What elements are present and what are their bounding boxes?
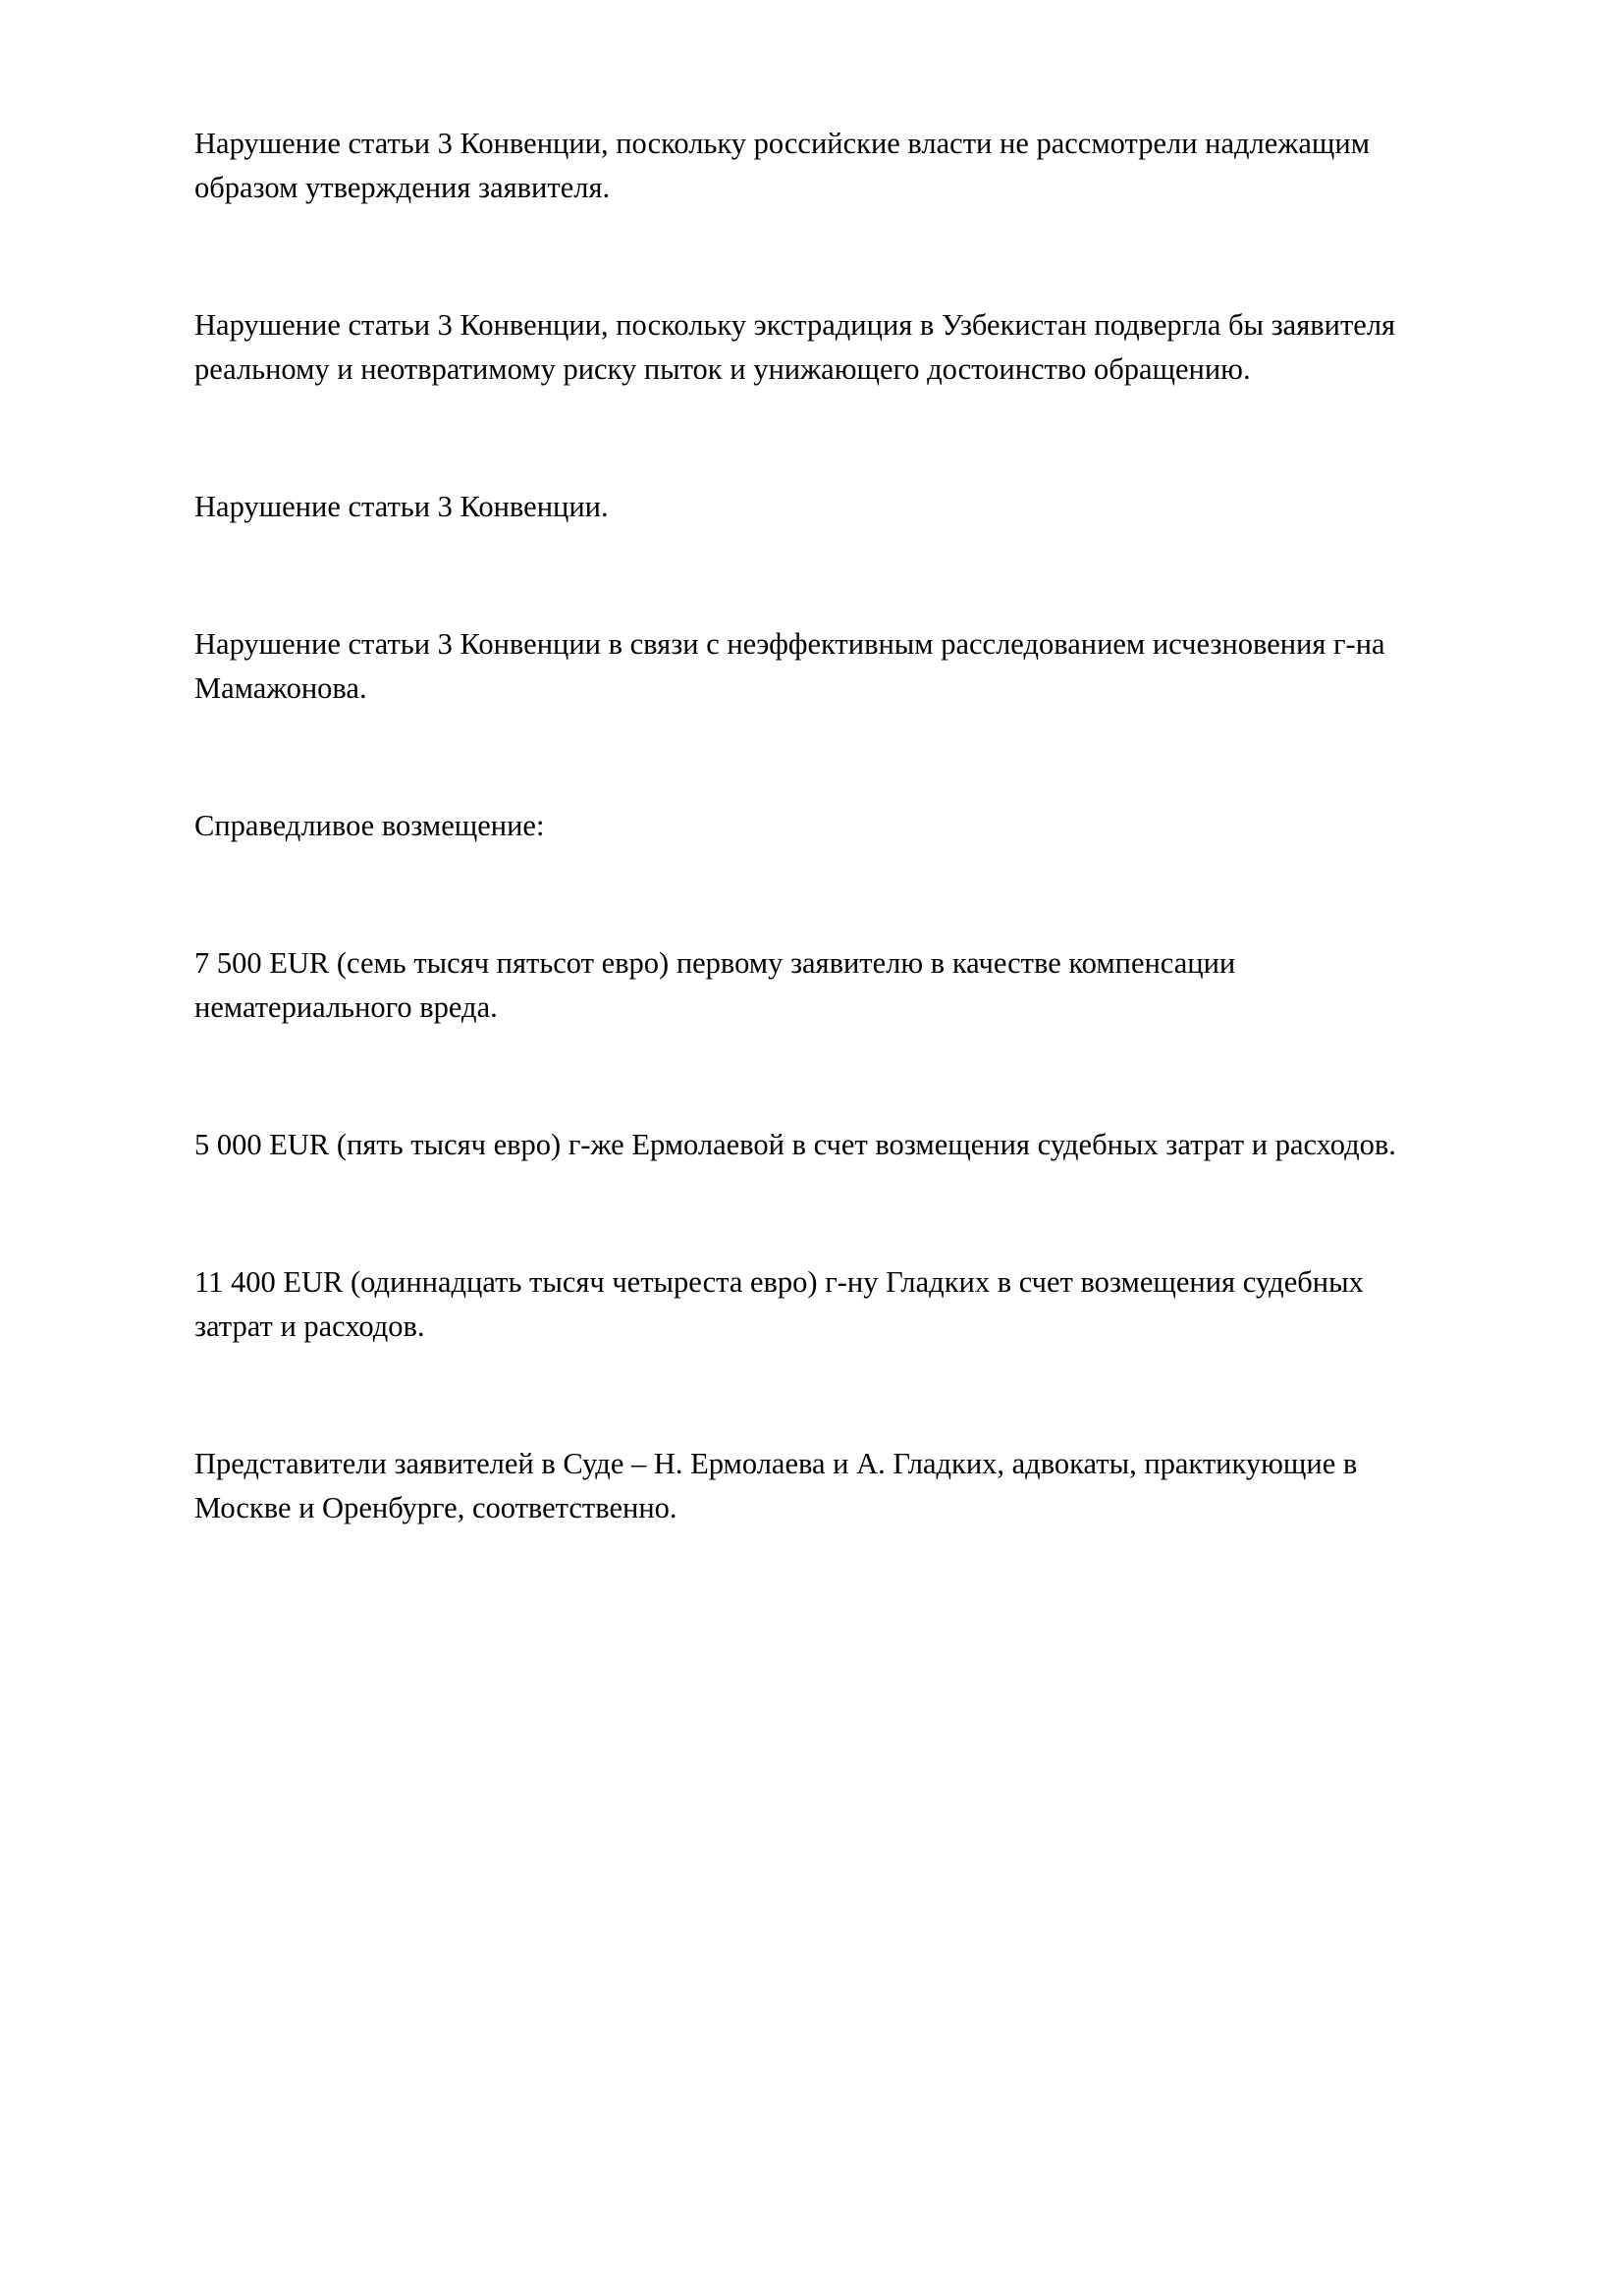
paragraph-award-costs-gladkikh: 11 400 EUR (одиннадцать тысяч четыреста …	[194, 1260, 1471, 1349]
text-line: 11 400 EUR (одиннадцать тысяч четыреста …	[194, 1260, 1471, 1305]
document-page: Нарушение статьи 3 Конвенции, поскольку …	[0, 0, 1623, 2296]
text-line: образом утверждения заявителя.	[194, 166, 1471, 210]
text-line: Нарушение статьи 3 Конвенции, поскольку …	[194, 122, 1471, 166]
text-line: Нарушение статьи 3 Конвенции в связи с н…	[194, 622, 1471, 667]
text-line: затрат и расходов.	[194, 1305, 1471, 1349]
text-line: Представители заявителей в Суде – Н. Ерм…	[194, 1442, 1471, 1486]
text-line: Справедливое возмещение:	[194, 804, 1471, 848]
paragraph-award-non-pecuniary: 7 500 EUR (семь тысяч пятьсот евро) перв…	[194, 941, 1471, 1030]
text-line: 7 500 EUR (семь тысяч пятьсот евро) перв…	[194, 941, 1471, 986]
paragraph-representatives: Представители заявителей в Суде – Н. Ерм…	[194, 1442, 1471, 1530]
text-line: 5 000 EUR (пять тысяч евро) г-же Ермолае…	[194, 1123, 1471, 1167]
text-line: Мамажонова.	[194, 667, 1471, 711]
paragraph-violation-no-proper-review: Нарушение статьи 3 Конвенции, поскольку …	[194, 122, 1471, 210]
paragraph-violation-article-3: Нарушение статьи 3 Конвенции.	[194, 485, 1471, 529]
paragraph-violation-ineffective-investigation: Нарушение статьи 3 Конвенции в связи с н…	[194, 622, 1471, 711]
text-line: Москве и Оренбурге, соответственно.	[194, 1486, 1471, 1530]
text-line: Нарушение статьи 3 Конвенции, поскольку …	[194, 303, 1471, 347]
text-line: Нарушение статьи 3 Конвенции.	[194, 485, 1471, 529]
document-body: Нарушение статьи 3 Конвенции, поскольку …	[194, 122, 1471, 1624]
heading-just-satisfaction: Справедливое возмещение:	[194, 804, 1471, 848]
text-line: нематериального вреда.	[194, 986, 1471, 1030]
text-line: реальному и неотвратимому риску пыток и …	[194, 347, 1471, 392]
paragraph-violation-extradition-risk: Нарушение статьи 3 Конвенции, поскольку …	[194, 303, 1471, 392]
paragraph-award-costs-ermolaeva: 5 000 EUR (пять тысяч евро) г-же Ермолае…	[194, 1123, 1471, 1167]
